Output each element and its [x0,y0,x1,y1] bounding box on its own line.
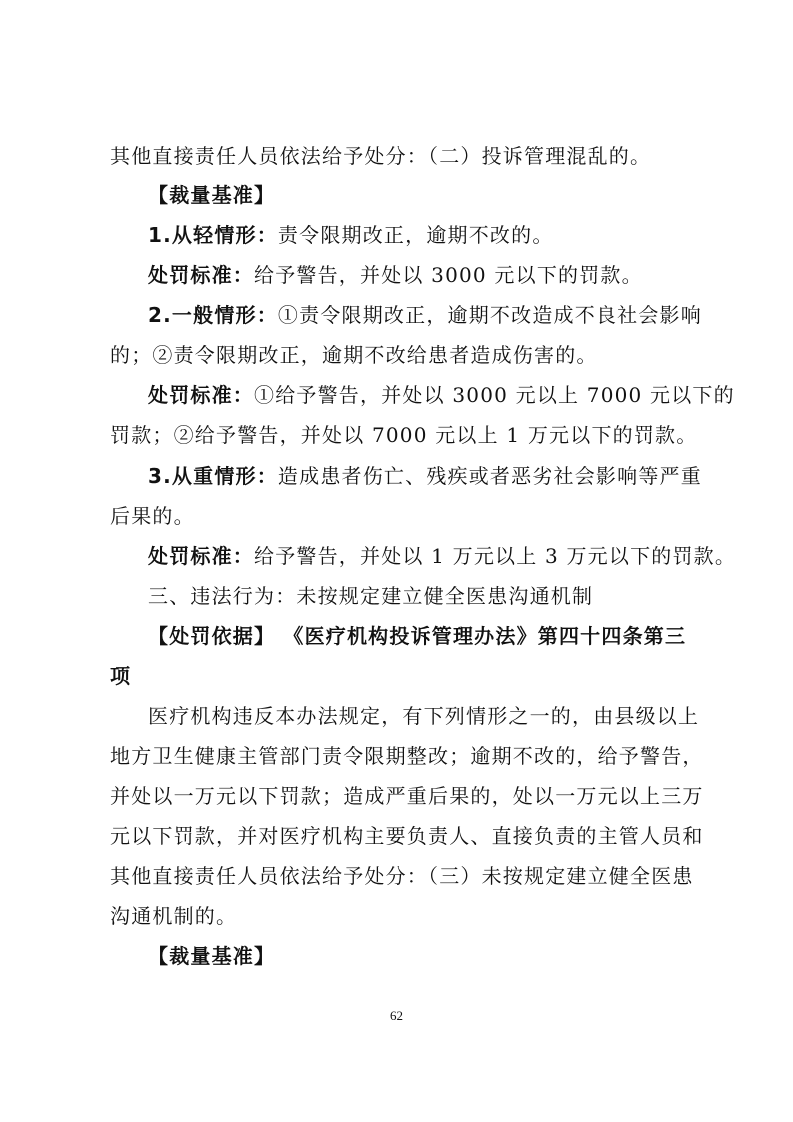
violation-title: 三、违法行为：未按规定建立健全医患沟通机制 [148,583,593,609]
line-text: 造成患者伤亡、残疾或者恶劣社会影响等严重 [278,464,702,488]
label-bold: 处罚标准： [148,544,254,568]
line-text: 沟通机制的。 [110,904,237,928]
paragraph-line: 医疗机构违反本办法规定，有下列情形之一的，由县级以上 [148,703,699,729]
heading-text: 项 [110,664,131,688]
line-text: 并处以一万元以下罚款；造成严重后果的，处以一万元以上三万 [110,784,704,808]
line-text: 给予警告，并处以 1 万元以上 3 万元以下的罚款。 [254,544,736,568]
line-text: 其他直接责任人员依法给予处分：（二）投诉管理混乱的。 [110,144,651,168]
paragraph-line: 1.从轻情形：责令限期改正，逾期不改的。 [148,222,554,248]
line-text: 给予警告，并处以 3000 元以下的罚款。 [254,263,643,287]
line-text: ①给予警告，并处以 3000 元以上 7000 元以下的 [254,383,735,407]
line-text: 罚款；②给予警告，并处以 7000 元以上 1 万元以下的罚款。 [110,423,697,447]
label-bold: 1.从轻情形： [148,223,278,247]
line-text: ①责令限期改正，逾期不改造成不良社会影响 [278,303,702,327]
paragraph-line: 后果的。 [110,503,195,529]
paragraph-line: 处罚标准：给予警告，并处以 3000 元以下的罚款。 [148,262,643,288]
line-text: 医疗机构违反本办法规定，有下列情形之一的，由县级以上 [148,704,699,728]
label-bold: 处罚标准： [148,263,254,287]
line-text: 后果的。 [110,504,195,528]
paragraph-line: 元以下罚款，并对医疗机构主要负责人、直接负责的主管人员和 [110,823,704,849]
label-bold: 2.一般情形： [148,303,278,327]
paragraph-line: 处罚标准：给予警告，并处以 1 万元以上 3 万元以下的罚款。 [148,543,736,569]
paragraph-line: 其他直接责任人员依法给予处分：（二）投诉管理混乱的。 [110,143,651,169]
paragraph-line: 并处以一万元以下罚款；造成严重后果的，处以一万元以上三万 [110,783,704,809]
line-text: 三、违法行为：未按规定建立健全医患沟通机制 [148,584,593,608]
line-text: 元以下罚款，并对医疗机构主要负责人、直接负责的主管人员和 [110,824,704,848]
legal-basis-heading: 【处罚依据】 《医疗机构投诉管理办法》第四十四条第三 [148,623,686,649]
paragraph-line: 处罚标准：①给予警告，并处以 3000 元以上 7000 元以下的 [148,382,735,408]
paragraph-line: 沟通机制的。 [110,903,237,929]
label-bold: 3.从重情形： [148,464,278,488]
label-bold: 处罚标准： [148,383,254,407]
heading-text: 【裁量基准】 [148,944,275,968]
paragraph-line: 罚款；②给予警告，并处以 7000 元以上 1 万元以下的罚款。 [110,422,697,448]
paragraph-line: 其他直接责任人员依法给予处分：（三）未按规定建立健全医患 [110,863,694,889]
paragraph-line: 2.一般情形：①责令限期改正，逾期不改造成不良社会影响 [148,302,702,328]
paragraph-line: 3.从重情形：造成患者伤亡、残疾或者恶劣社会影响等严重 [148,463,702,489]
section-heading: 【裁量基准】 [148,182,275,208]
line-text: 地方卫生健康主管部门责令限期整改；逾期不改的，给予警告， [110,744,704,768]
paragraph-line: 的；②责令限期改正，逾期不改给患者造成伤害的。 [110,342,598,368]
heading-text: 【裁量基准】 [148,183,275,207]
section-heading: 【裁量基准】 [148,943,275,969]
heading-text: 【处罚依据】 《医疗机构投诉管理办法》第四十四条第三 [148,624,686,648]
line-text: 其他直接责任人员依法给予处分：（三）未按规定建立健全医患 [110,864,694,888]
line-text: 的；②责令限期改正，逾期不改给患者造成伤害的。 [110,343,598,367]
paragraph-line: 地方卫生健康主管部门责令限期整改；逾期不改的，给予警告， [110,743,704,769]
legal-basis-heading-cont: 项 [110,663,131,689]
page-number: 62 [0,1008,793,1024]
line-text: 责令限期改正，逾期不改的。 [278,223,554,247]
